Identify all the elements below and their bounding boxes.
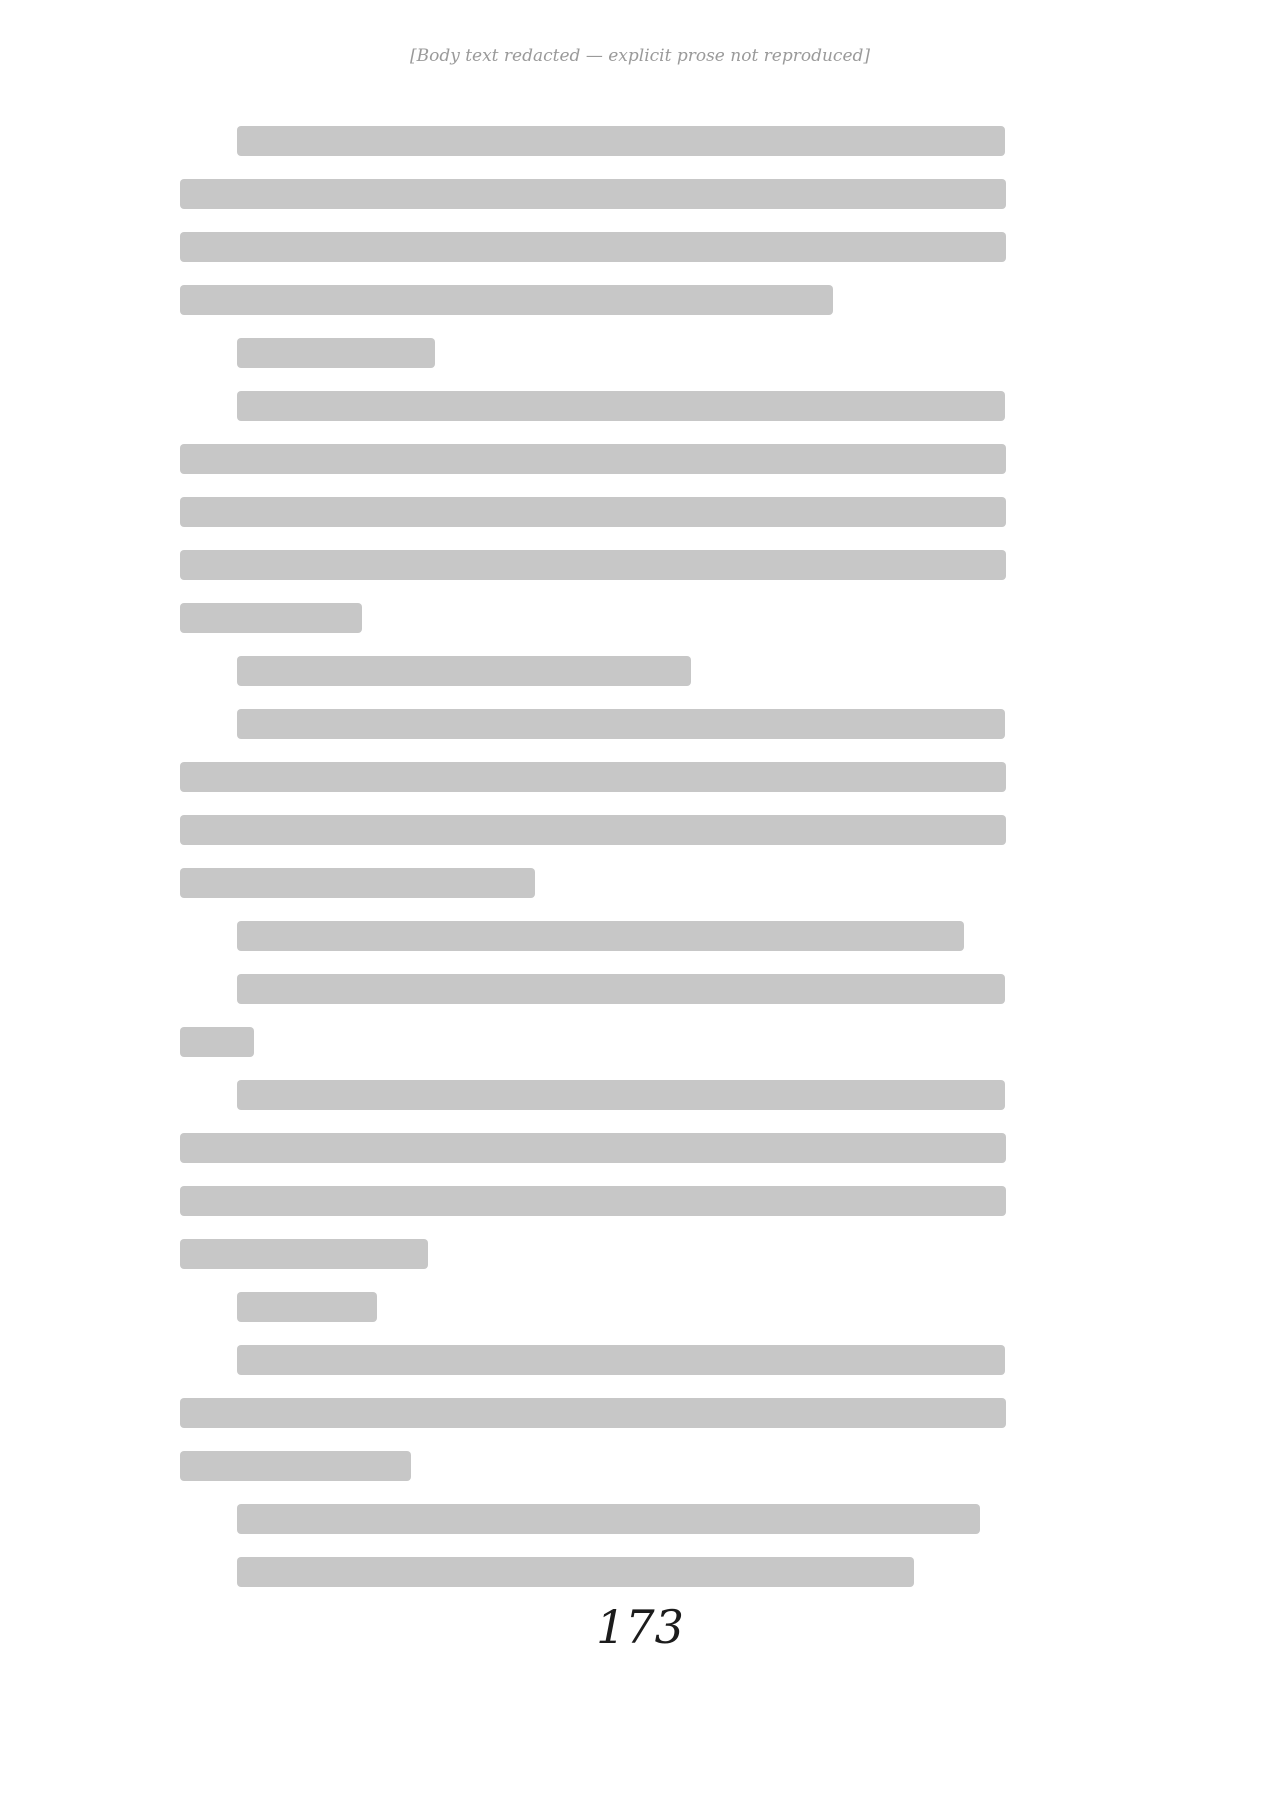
redacted-text-line — [237, 126, 1005, 156]
redacted-text-line — [180, 285, 833, 315]
redacted-text-line — [180, 1133, 1006, 1163]
redacted-text-line — [237, 1345, 1005, 1375]
redacted-text-line — [180, 1451, 411, 1481]
redacted-text-line — [237, 709, 1005, 739]
page-number: 173 — [0, 1600, 1280, 1654]
redacted-text-line — [180, 179, 1006, 209]
redacted-text-line — [180, 232, 1006, 262]
text-block-paragraph — [180, 126, 1006, 315]
text-block-dialogue — [180, 1504, 1006, 1534]
redacted-text-line — [180, 497, 1006, 527]
redaction-notice: [Body text redacted — explicit prose not… — [0, 46, 1280, 66]
redacted-text-line — [180, 1398, 1006, 1428]
redacted-text-line — [237, 921, 964, 951]
redacted-text-line — [237, 1080, 1005, 1110]
text-block-dialogue — [180, 1292, 1006, 1322]
text-block-paragraph — [180, 1345, 1006, 1481]
redacted-text-line — [237, 656, 691, 686]
redacted-text-line — [237, 974, 1005, 1004]
text-block-paragraph — [180, 1080, 1006, 1269]
redacted-text-line — [237, 391, 1005, 421]
redacted-text-line — [180, 603, 362, 633]
redacted-text-line — [237, 1292, 377, 1322]
redacted-text-line — [180, 1027, 254, 1057]
text-block-dialogue — [180, 656, 1006, 686]
text-column — [180, 126, 1006, 1610]
text-block-dialogue — [180, 338, 1006, 368]
redacted-text-line — [180, 444, 1006, 474]
redacted-text-line — [180, 868, 535, 898]
redacted-text-line — [237, 1557, 914, 1587]
text-block-paragraph — [180, 391, 1006, 633]
text-block-dialogue — [180, 974, 1006, 1057]
redacted-text-line — [180, 1239, 428, 1269]
redacted-text-line — [237, 338, 435, 368]
text-block-paragraph — [180, 709, 1006, 898]
redacted-text-line — [180, 815, 1006, 845]
book-page: [Body text redacted — explicit prose not… — [0, 0, 1280, 1816]
redacted-text-line — [180, 550, 1006, 580]
redacted-text-line — [237, 1504, 980, 1534]
text-block-dialogue — [180, 921, 1006, 951]
text-block-dialogue — [180, 1557, 1006, 1587]
redacted-text-line — [180, 762, 1006, 792]
redacted-text-line — [180, 1186, 1006, 1216]
